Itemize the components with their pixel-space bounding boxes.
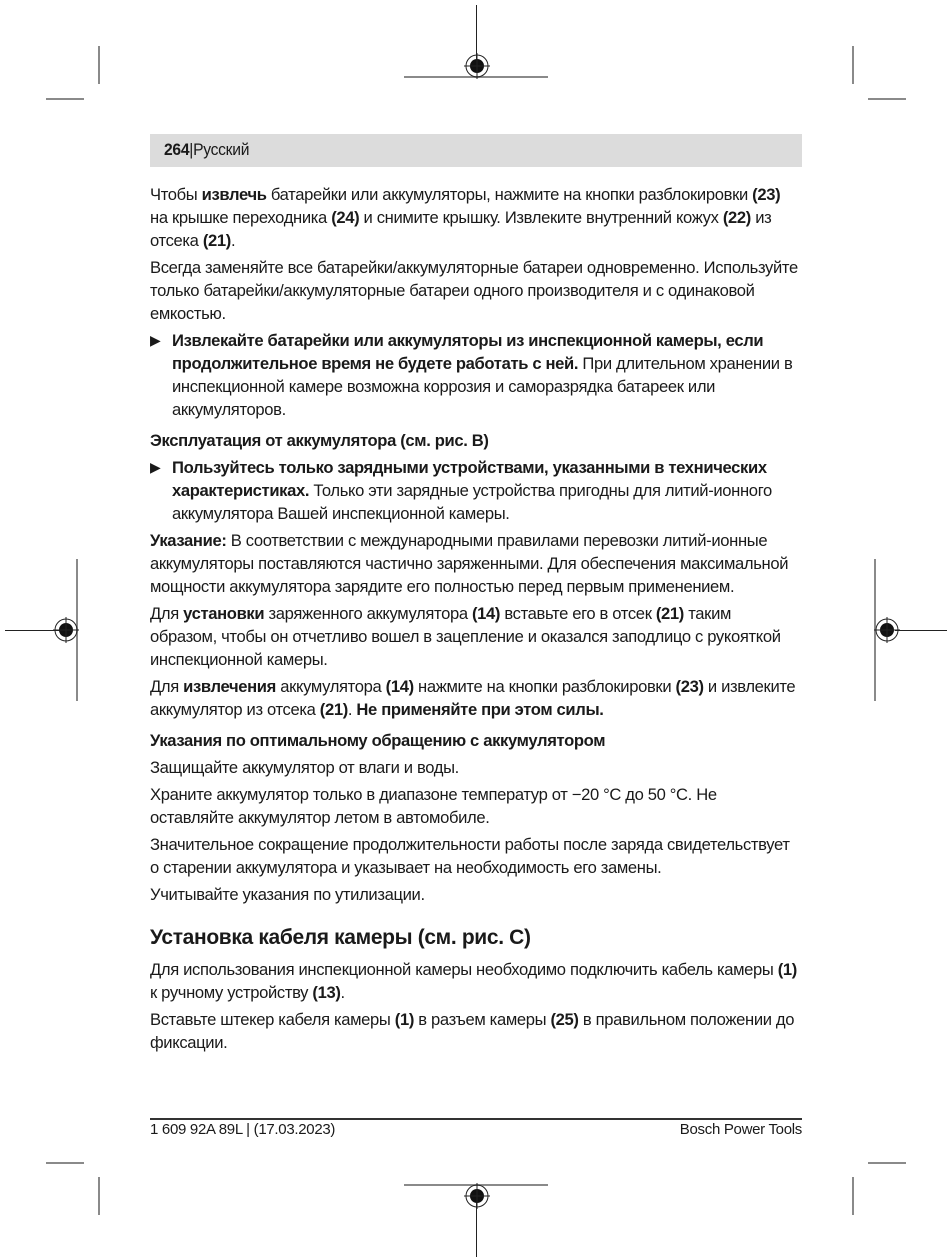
tip-moisture: Защищайте аккумулятор от влаги и воды. [150,756,802,779]
subheading-battery-care: Указания по оптимальному обращению с акк… [150,729,802,752]
crop-mark [868,98,906,100]
tip-temperature: Храните аккумулятор только в диапазоне т… [150,783,802,829]
crop-mark [868,1162,906,1164]
crop-mark [852,1177,854,1215]
note-paragraph: Указание: В соответствии с международным… [150,529,802,598]
warning-bullet-chargers: ▶ Пользуйтесь только зарядными устройств… [150,456,802,525]
tip-aging: Значительное сокращение продолжительност… [150,833,802,879]
crop-mark [46,98,84,100]
triangle-bullet-icon: ▶ [150,329,160,352]
subheading-battery-operation: Эксплуатация от аккумулятора (см. рис. B… [150,429,802,452]
paragraph-remove-battery: Для извлечения аккумулятора (14) нажмите… [150,675,802,721]
page-content: Чтобы извлечь батарейки или аккумуляторы… [150,183,802,1058]
paragraph-remove-batteries: Чтобы извлечь батарейки или аккумуляторы… [150,183,802,252]
registration-target-icon [464,53,490,79]
page-header: 264|Русский [150,134,802,167]
registration-line [895,630,947,631]
registration-target-icon [53,617,79,643]
crop-mark [46,1162,84,1164]
paragraph-install-battery: Для установки заряженного аккумулятора (… [150,602,802,671]
crop-mark [852,46,854,84]
footer-doc-code: 1 609 92A 89L | (17.03.2023) [150,1121,335,1138]
paragraph-replace-batteries: Всегда заменяйте все батарейки/аккумулят… [150,256,802,325]
page-number: 264 [164,140,189,159]
crop-mark [98,1177,100,1215]
warning-bullet-remove-batteries: ▶ Извлекайте батарейки или аккумуляторы … [150,329,802,421]
header-language: Русский [193,140,249,159]
triangle-bullet-icon: ▶ [150,456,160,479]
header-text: 264|Русский [164,140,249,160]
registration-target-icon [874,617,900,643]
section-title-camera-cable: Установка кабеля камеры (см. рис. C) [150,924,802,952]
footer-brand: Bosch Power Tools [680,1121,802,1138]
tip-disposal: Учитывайте указания по утилизации. [150,883,802,906]
footer-divider [150,1118,802,1120]
registration-target-icon [464,1183,490,1209]
registration-line [5,630,60,631]
paragraph-cable-insert: Вставьте штекер кабеля камеры (1) в разъ… [150,1008,802,1054]
note-label: Указание: [150,531,227,550]
paragraph-cable-connect: Для использования инспекционной камеры н… [150,958,802,1004]
crop-mark [98,46,100,84]
